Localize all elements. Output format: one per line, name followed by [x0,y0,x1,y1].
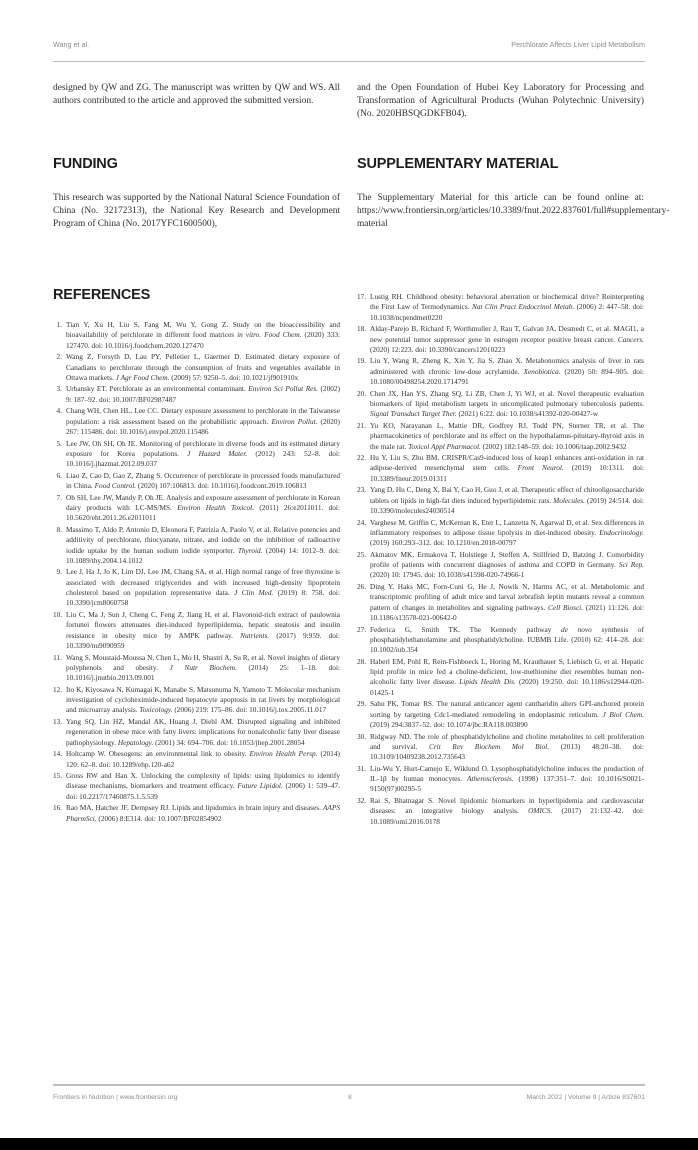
viewer-bottom-bar [0,1138,698,1150]
funding-text-continued: and the Open Foundation of Hubei Key Lab… [357,82,644,121]
reference-journal: in vitro. Food Chem. [237,330,301,339]
reference-doi[interactable]: (2020) 10: 17945. doi: 10.1038/s41598-02… [370,570,524,579]
reference-number: 11. [53,653,64,663]
reference-number: 32. [357,796,368,806]
reference-item: 7.Oh SH, Lee JW, Mandy P, Oh JE. Analysi… [53,493,340,524]
references-right-column: 17.Lustig RH. Childhood obesity: behavio… [357,292,644,828]
reference-number: 7. [53,493,64,503]
reference-journal: Environ Sci Pollut Res. [248,384,318,393]
funding-body: This research was supported by the Natio… [53,192,340,231]
reference-list-right: 17.Lustig RH. Childhood obesity: behavio… [357,292,644,827]
reference-doi[interactable]: (2002) 182:148–59. doi: 10.1006/taap.200… [481,442,627,451]
reference-number: 2. [53,352,64,362]
reference-item: 21.Yu KO, Narayanan L, Mattie DR, Godfre… [357,421,644,452]
supplementary-heading: SUPPLEMENTARY MATERIAL [357,158,644,171]
reference-number: 22. [357,453,368,463]
reference-doi[interactable]: (2019) 160:293–312. doi: 10.1210/en.2018… [370,538,516,547]
references-section: REFERENCES [53,289,340,302]
reference-item: 5.Lee JW, Oh SH, Oh JE. Monitoring of pe… [53,439,340,470]
reference-item: 11.Wang S, Moustaid-Moussa N, Chen L, Mo… [53,653,340,684]
reference-journal: Sci Rep. [619,560,644,569]
reference-journal: Cell Biosci. [548,603,583,612]
reference-number: 31. [357,764,368,774]
reference-journal: Endocrinology. [599,528,644,537]
reference-number: 27. [357,625,368,635]
reference-number: 1. [53,320,64,330]
funding-text: This research was supported by the Natio… [53,192,340,231]
page-number: 8 [348,1094,352,1101]
reference-citation: Holtcamp W. Obesogens: an environmental … [66,749,249,758]
reference-journal: J Agr Food Chem. [116,373,170,382]
reference-list-left: 1.Tian Y, Xu H, Liu S, Fang M, Wu Y, Gon… [53,320,340,824]
reference-journal: Environ Health Persp. [249,749,317,758]
reference-journal: Hepatology. [118,738,153,747]
author-contributions-text: designed by QW and ZG. The manuscript wa… [53,82,340,108]
reference-doi[interactable]: (2006) 219: 175–86. doi: 10.1016/j.tox.2… [173,705,327,714]
reference-journal: OMICS. [528,806,552,815]
reference-journal: Future Lipidol. [237,781,282,790]
reference-number: 13. [53,717,64,727]
reference-number: 9. [53,567,64,577]
running-head: Wang et al. Perchlorate Affects Liver Li… [53,40,645,54]
reference-journal: Nat Clin Pract Endocrinol Metab. [472,302,574,311]
reference-journal: J Biol Chem. [603,710,645,719]
reference-number: 21. [357,421,368,431]
reference-journal: Atherosclerosis. [467,774,514,783]
right-column-top: and the Open Foundation of Hubei Key Lab… [357,82,644,121]
running-head-authors: Wang et al. [53,40,89,49]
reference-item: 20.Chen JX, Han YS, Zhang SQ, Li ZB, Che… [357,389,644,420]
reference-number: 19. [357,356,368,366]
reference-item: 22.Hu Y, Liu S, Zhu BM. CRISPR/Cas9-indu… [357,453,644,484]
running-head-title: Perchlorate Affects Liver Lipid Metaboli… [511,40,645,49]
reference-number: 25. [357,550,368,560]
reference-citation: Urbansky ET. Perchlorate as an environme… [66,384,248,393]
reference-number: 26. [357,582,368,592]
supplementary-section: SUPPLEMENTARY MATERIAL [357,158,644,171]
reference-journal: Nutrients. [240,631,269,640]
reference-item: 18.Alday-Parejo B, Richard F, Worthmulle… [357,324,644,355]
reference-number: 18. [357,324,368,334]
reference-item: 13.Yang SQ, Lin HZ, Mandal AK, Huang J, … [53,717,340,748]
reference-citation: Rao MA, Hatcher JF, Dempsey RJ. Lipids a… [66,803,323,812]
reference-item: 6.Liao Z, Cao D, Gao Z, Zhang S. Occurre… [53,471,340,492]
reference-item: 24.Varghese M, Griffin C, McKernan K, Et… [357,518,644,549]
reference-number: 5. [53,439,64,449]
left-column-top: designed by QW and ZG. The manuscript wa… [53,82,340,108]
reference-item: 28.Haberl EM, Pohl R, Rein-Fishboeck L, … [357,657,644,698]
reference-number: 15. [53,771,64,781]
references-left-column: 1.Tian Y, Xu H, Liu S, Fang M, Wu Y, Gon… [53,320,340,825]
reference-item: 17.Lustig RH. Childhood obesity: behavio… [357,292,644,323]
funding-section: FUNDING [53,158,340,171]
reference-item: 16.Rao MA, Hatcher JF, Dempsey RJ. Lipid… [53,803,340,824]
reference-doi[interactable]: (2001) 34: 694–706. doi: 10.1053/jhep.20… [153,738,304,747]
funding-heading: FUNDING [53,158,340,171]
reference-item: 25.Akmatov MK, Ermakova T, Holstiege J, … [357,550,644,581]
reference-doi[interactable]: (2006) 8:E314. doi: 10.1007/BF02854902 [97,814,222,823]
reference-item: 31.Liu-Wu Y, Hurt-Camejo E, Wiklund O. L… [357,764,644,795]
reference-journal: Front Neurol. [518,463,564,472]
footer-divider [53,1084,645,1086]
reference-number: 23. [357,485,368,495]
reference-item: 29.Sahu PK, Tomar RS. The natural antica… [357,699,644,730]
reference-item: 27.Federica G, Smith TK. The Kennedy pat… [357,625,644,656]
reference-item: 1.Tian Y, Xu H, Liu S, Fang M, Wu Y, Gon… [53,320,340,351]
reference-item: 4.Chang WH, Chen HL, Lee CC. Dietary exp… [53,406,340,437]
reference-doi[interactable]: (2021) 6:22. doi: 10.1038/s41392-020-004… [457,409,598,418]
reference-number: 3. [53,384,64,394]
reference-journal: Molecules. [553,496,585,505]
reference-number: 29. [357,699,368,709]
reference-number: 12. [53,685,64,695]
references-heading: REFERENCES [53,289,340,302]
reference-number: 10. [53,610,64,620]
reference-journal: Environ Pollut. [271,417,317,426]
reference-journal: Toxicol Appl Pharmacol. [408,442,481,451]
reference-doi[interactable]: (2020) 107:106813. doi: 10.1016/j.foodco… [136,481,306,490]
reference-item: 26.Ding Y, Haks MC, Forn-Cuni G, He J, N… [357,582,644,623]
header-divider [53,61,645,62]
reference-journal: Crit Rev Biochem Mol Biol. [429,742,549,751]
reference-journal: de novo [561,625,592,634]
reference-number: 4. [53,406,64,416]
reference-journal: J Nutr Biochem. [170,663,237,672]
reference-journal: Toxicology. [139,705,172,714]
reference-doi[interactable]: (2019) 294:3837–52. doi: 10.1074/jbc.RA1… [370,720,528,729]
reference-number: 28. [357,657,368,667]
page-footer: Frontiers in Nutrition | www.frontiersin… [53,1094,645,1108]
reference-item: 3.Urbansky ET. Perchlorate as an environ… [53,384,340,405]
reference-doi[interactable]: (2020) 12:223. doi: 10.3390/cancers12010… [370,345,505,354]
reference-citation: Federica G, Smith TK. The Kennedy pathwa… [370,625,561,634]
reference-journal: Signal Transduct Target Ther. [370,409,457,418]
reference-journal: Thyroid. [238,546,263,555]
reference-citation: Akmatov MK, Ermakova T, Holstiege J, Ste… [370,550,644,569]
reference-item: 12.Ito K, Kiyosawa N, Kumagai K, Manabe … [53,685,340,716]
footer-issue-info: March 2022 | Volume 9 | Article 837601 [527,1094,645,1101]
reference-journal: Environ Health Toxicol. [177,503,254,512]
reference-number: 6. [53,471,64,481]
reference-number: 30. [357,732,368,742]
reference-journal: Lipids Health Dis. [459,677,516,686]
footer-journal-link[interactable]: Frontiers in Nutrition | www.frontiersin… [53,1094,178,1101]
reference-doi[interactable]: (2009) 57: 9250–5. doi: 10.1021/jf901910… [169,373,298,382]
reference-number: 24. [357,518,368,528]
reference-number: 8. [53,525,64,535]
reference-number: 16. [53,803,64,813]
reference-journal: Xenobiotica. [523,367,560,376]
reference-citation: Chen JX, Han YS, Zhang SQ, Li ZB, Chen J… [370,389,644,408]
reference-number: 14. [53,749,64,759]
reference-item: 2.Wang Z, Forsyth D, Lau PY, Pelletier L… [53,352,340,383]
supplementary-body: The Supplementary Material for this arti… [357,192,644,231]
reference-item: 32.Rai S, Bhatnagar S. Novel lipidomic b… [357,796,644,827]
article-page: Wang et al. Perchlorate Affects Liver Li… [0,0,698,1138]
reference-item: 9.Lee J, Ha J, Jo K, Lim DJ, Lee JM, Cha… [53,567,340,608]
reference-item: 10.Liu C, Ma J, Sun J, Cheng C, Feng Z, … [53,610,340,651]
reference-item: 8.Massimo T, Aldo P, Antonio D, Eleonora… [53,525,340,566]
reference-item: 15.Gross RW and Han X. Unlocking the com… [53,771,340,802]
reference-number: 20. [357,389,368,399]
reference-item: 23.Yang D, Hu C, Deng X, Bai Y, Cao H, G… [357,485,644,516]
reference-journal: J Clin Med. [234,588,273,597]
reference-number: 17. [357,292,368,302]
supplementary-text: The Supplementary Material for this arti… [357,192,644,231]
reference-item: 19.Liu Y, Wang R, Zheng K, Xin Y, Jia S,… [357,356,644,387]
reference-citation: Alday-Parejo B, Richard F, Worthmuller J… [370,324,644,343]
reference-item: 30.Ridgway ND. The role of phosphatidylc… [357,732,644,763]
reference-journal: J Hazard Mater. [187,449,247,458]
reference-journal: Food Control. [95,481,137,490]
reference-journal: Cancers. [618,335,644,344]
reference-item: 14.Holtcamp W. Obesogens: an environment… [53,749,340,770]
